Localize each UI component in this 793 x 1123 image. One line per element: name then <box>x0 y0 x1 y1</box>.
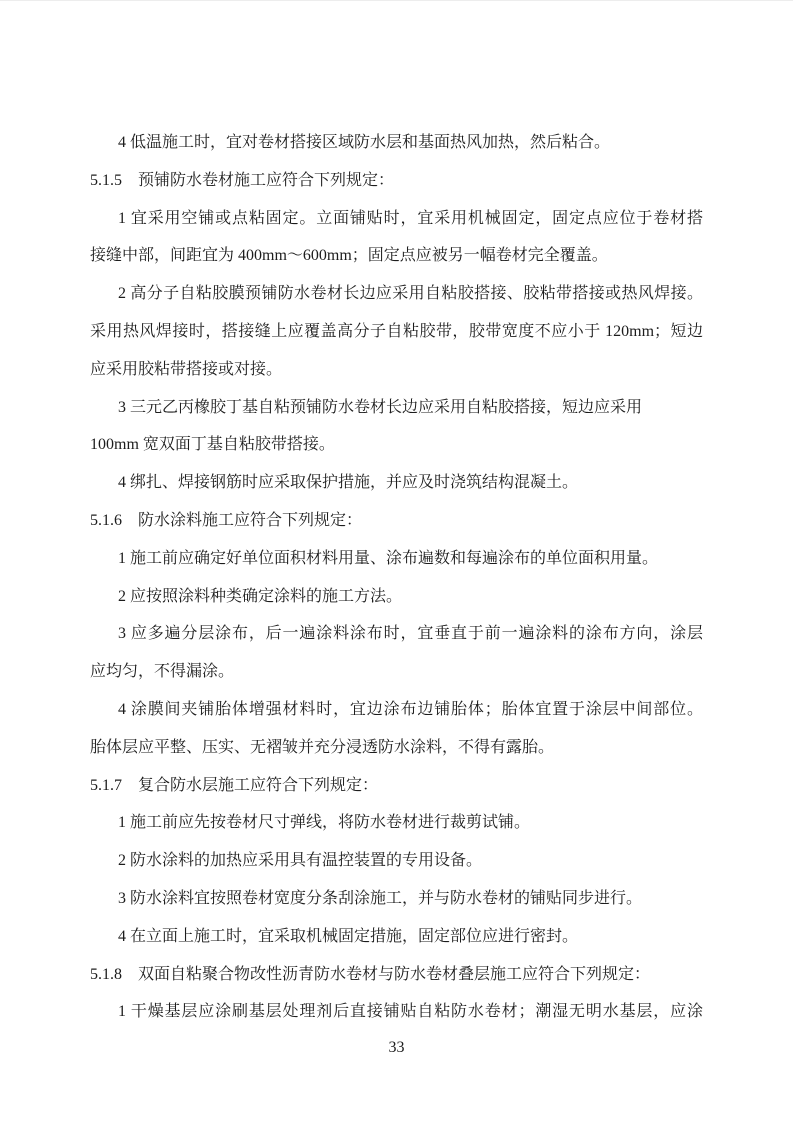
clause-line: 接缝中部，间距宜为 400mm～600mm；固定点应被另一幅卷材完全覆盖。 <box>90 237 703 275</box>
clause-line: 采用热风焊接时，搭接缝上应覆盖高分子自粘胶带，胶带宽度不应小于 120mm；短边 <box>90 313 703 351</box>
section-heading-5-1-8: 5.1.8 双面自粘聚合物改性沥青防水卷材与防水卷材叠层施工应符合下列规定： <box>90 956 703 994</box>
clause-line: 2 防水涂料的加热应采用具有温控装置的专用设备。 <box>90 842 703 880</box>
clause-line: 2 应按照涂料种类确定涂料的施工方法。 <box>90 578 703 616</box>
clause-line: 胎体层应平整、压实、无褶皱并充分浸透防水涂料，不得有露胎。 <box>90 729 703 767</box>
clause-line: 4 在立面上施工时，宜采取机械固定措施，固定部位应进行密封。 <box>90 918 703 956</box>
clause-line: 4 绑扎、焊接钢筋时应采取保护措施，并应及时浇筑结构混凝土。 <box>90 464 703 502</box>
section-heading-5-1-5: 5.1.5 预铺防水卷材施工应符合下列规定： <box>90 162 703 200</box>
clause-line: 2 高分子自粘胶膜预铺防水卷材长边应采用自粘胶搭接、胶粘带搭接或热风焊接。 <box>90 275 703 313</box>
clause-line: 1 宜采用空铺或点粘固定。立面铺贴时，宜采用机械固定，固定点应位于卷材搭 <box>90 200 703 238</box>
clause-line: 100mm 宽双面丁基自粘胶带搭接。 <box>90 426 703 464</box>
clause-line: 应均匀，不得漏涂。 <box>90 653 703 691</box>
clause-line: 3 防水涂料宜按照卷材宽度分条刮涂施工，并与防水卷材的铺贴同步进行。 <box>90 880 703 918</box>
section-heading-5-1-6: 5.1.6 防水涂料施工应符合下列规定： <box>90 502 703 540</box>
clause-line: 4 低温施工时，宜对卷材搭接区域防水层和基面热风加热，然后粘合。 <box>90 124 703 162</box>
section-heading-5-1-7: 5.1.7 复合防水层施工应符合下列规定： <box>90 767 703 805</box>
page-number: 33 <box>0 1029 793 1067</box>
page-body-text: 4 低温施工时，宜对卷材搭接区域防水层和基面热风加热，然后粘合。 5.1.5 预… <box>90 124 703 1031</box>
document-page: 4 低温施工时，宜对卷材搭接区域防水层和基面热风加热，然后粘合。 5.1.5 预… <box>0 0 793 1123</box>
clause-line: 应采用胶粘带搭接或对接。 <box>90 351 703 389</box>
clause-line: 1 施工前应确定好单位面积材料用量、涂布遍数和每遍涂布的单位面积用量。 <box>90 540 703 578</box>
clause-line: 3 应多遍分层涂布，后一遍涂料涂布时，宜垂直于前一遍涂料的涂布方向，涂层 <box>90 615 703 653</box>
clause-line: 1 干燥基层应涂刷基层处理剂后直接铺贴自粘防水卷材；潮湿无明水基层，应涂 <box>90 993 703 1031</box>
clause-line: 3 三元乙丙橡胶丁基自粘预铺防水卷材长边应采用自粘胶搭接，短边应采用 <box>90 389 703 427</box>
clause-line: 4 涂膜间夹铺胎体增强材料时，宜边涂布边铺胎体；胎体宜置于涂层中间部位。 <box>90 691 703 729</box>
clause-line: 1 施工前应先按卷材尺寸弹线，将防水卷材进行裁剪试铺。 <box>90 804 703 842</box>
